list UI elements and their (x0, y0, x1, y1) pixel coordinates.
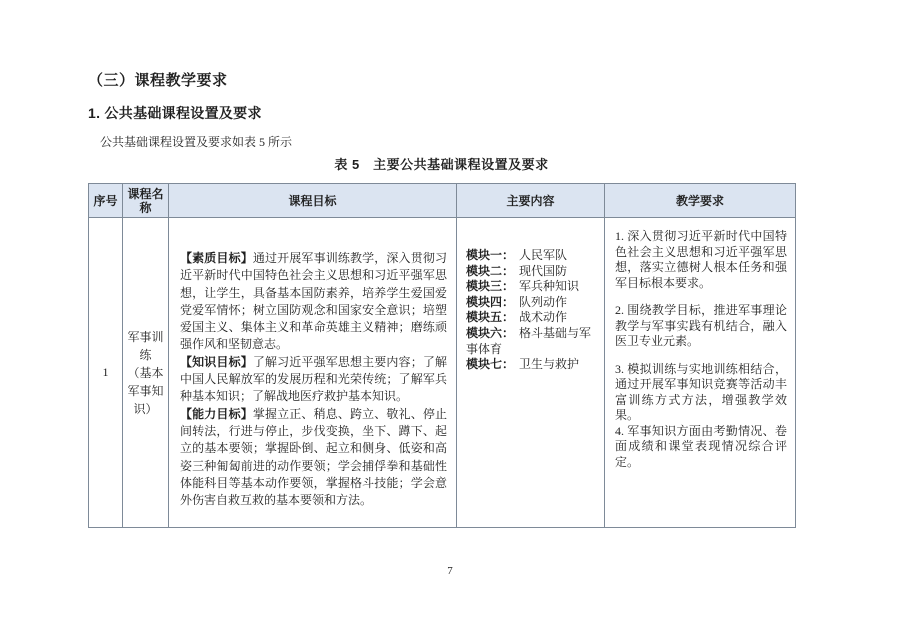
module-6-label: 模块六： (466, 326, 514, 340)
intro-text: 公共基础课程设置及要求如表 5 所示 (100, 135, 292, 150)
module-3-text: 军兵种知识 (519, 279, 579, 293)
module-2-text: 现代国防 (519, 264, 567, 278)
course-requirements-table: 序号 课程名称 课程目标 主要内容 教学要求 1 军事训 练 （基本 军事知 识… (88, 183, 796, 528)
module-1-label: 模块一： (466, 248, 514, 262)
document-page: （三）课程教学要求 1. 公共基础课程设置及要求 公共基础课程设置及要求如表 5… (0, 0, 900, 636)
subsection-heading: 1. 公共基础课程设置及要求 (88, 105, 262, 122)
col-header-objectives: 课程目标 (169, 184, 457, 218)
table-header-row: 序号 课程名称 课程目标 主要内容 教学要求 (89, 184, 796, 218)
table-row: 1 军事训 练 （基本 军事知 识） 【素质目标】通过开展军事训练教学，深入贯彻… (89, 218, 796, 528)
module-5-label: 模块五： (466, 310, 514, 324)
module-5-text: 战术动作 (519, 310, 567, 324)
module-3-label: 模块三： (466, 279, 514, 293)
cell-course-name: 军事训 练 （基本 军事知 识） (123, 218, 169, 528)
objective-knowledge-label: 【知识目标】 (180, 355, 253, 369)
table-caption: 表 5 主要公共基础课程设置及要求 (88, 157, 795, 173)
module-item-7: 模块七：卫生与救护 (466, 357, 600, 373)
cell-index: 1 (89, 218, 123, 528)
module-1-text: 人民军队 (519, 248, 567, 262)
col-header-main-contents: 主要内容 (457, 184, 605, 218)
objective-ability-text: 掌握立正、稍息、跨立、敬礼、停止间转法，行进与停止，步伐变换，坐下、蹲下、起立的… (180, 407, 447, 507)
module-item-6: 模块六：格斗基础与军事体育 (466, 326, 600, 357)
module-item-3: 模块三：军兵种知识 (466, 279, 600, 295)
module-4-label: 模块四： (466, 295, 514, 309)
col-header-course-name: 课程名称 (123, 184, 169, 218)
section-heading: （三）课程教学要求 (88, 72, 228, 90)
objective-quality: 【素质目标】通过开展军事训练教学，深入贯彻习近平新时代中国特色社会主义思想和习近… (180, 250, 447, 354)
cell-teaching-requirements: 1. 深入贯彻习近平新时代中国特色社会主义思想和习近平强军思想，落实立德树人根本… (605, 218, 796, 528)
page-number: 7 (0, 565, 900, 578)
module-7-text: 卫生与救护 (519, 357, 579, 371)
objective-quality-text: 通过开展军事训练教学，深入贯彻习近平新时代中国特色社会主义思想和习近平强军思想，… (180, 251, 447, 351)
cell-main-contents: 模块一：人民军队 模块二：现代国防 模块三：军兵种知识 模块四：队列动作 模块五… (457, 218, 605, 528)
requirement-item-4: 4. 军事知识方面由考勤情况、卷面成绩和课堂表现情况综合评定。 (615, 424, 787, 471)
objective-quality-label: 【素质目标】 (180, 251, 253, 265)
objective-ability: 【能力目标】掌握立正、稍息、跨立、敬礼、停止间转法，行进与停止，步伐变换，坐下、… (180, 406, 447, 510)
col-header-index: 序号 (89, 184, 123, 218)
module-2-label: 模块二： (466, 264, 514, 278)
module-7-label: 模块七： (466, 357, 514, 371)
col-header-requirements: 教学要求 (605, 184, 796, 218)
cell-course-objectives: 【素质目标】通过开展军事训练教学，深入贯彻习近平新时代中国特色社会主义思想和习近… (169, 218, 457, 528)
module-item-4: 模块四：队列动作 (466, 295, 600, 311)
requirement-item-2: 2. 围绕教学目标，推进军事理论教学与军事实践有机结合，融入医卫专业元素。 (615, 303, 787, 350)
module-4-text: 队列动作 (519, 295, 567, 309)
module-item-5: 模块五：战术动作 (466, 310, 600, 326)
objective-knowledge: 【知识目标】了解习近平强军思想主要内容；了解中国人民解放军的发展历程和光荣传统；… (180, 354, 447, 406)
requirement-item-3: 3. 模拟训练与实地训练相结合，通过开展军事知识竞赛等活动丰富训练方式方法，增强… (615, 362, 787, 424)
objective-ability-label: 【能力目标】 (180, 407, 253, 421)
module-item-1: 模块一：人民军队 (466, 248, 600, 264)
requirement-item-1: 1. 深入贯彻习近平新时代中国特色社会主义思想和习近平强军思想，落实立德树人根本… (615, 229, 787, 291)
module-item-2: 模块二：现代国防 (466, 264, 600, 280)
